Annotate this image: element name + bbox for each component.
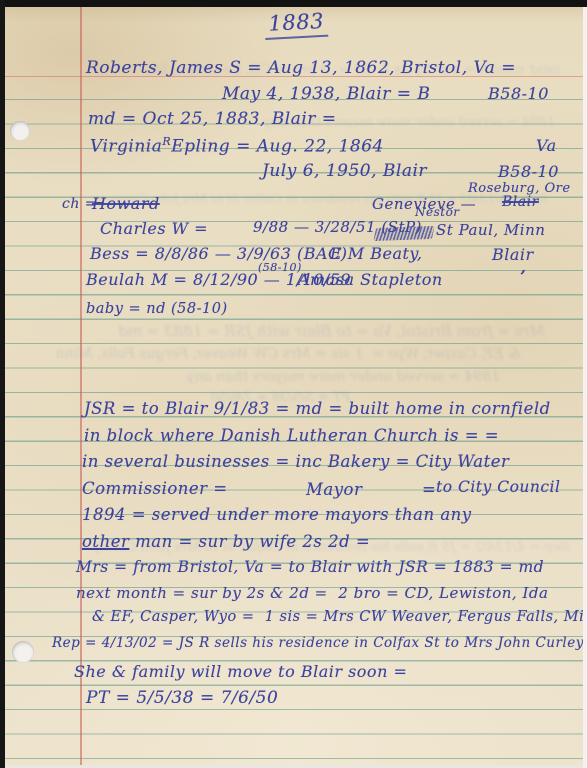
note-commissioner: Commissioner = [82, 480, 228, 498]
child-howard: Howard [92, 195, 160, 213]
note-equals: = [422, 481, 436, 499]
bess-place: Blair [492, 246, 534, 264]
bess-spouse: E M Beaty, [330, 245, 422, 263]
margin-rule-line [80, 7, 82, 765]
entry-death-ref: B58-10 [488, 85, 549, 103]
note-line: She & family will move to Blair soon = [74, 663, 407, 681]
note-line: in block where Danish Lutheran Church is… [84, 427, 499, 445]
ink-bleedthrough: 1894 = served under more mayors than any [186, 369, 500, 385]
wife-maiden-birth: Epling = Aug. 22, 1864 [171, 137, 384, 157]
note-pt-line: PT = 5/5/38 = 7/6/50 [86, 689, 278, 708]
child-charles: Charles W = [100, 220, 208, 238]
scan-edge-right [583, 7, 587, 768]
wife-line: VirginiaREpling = Aug. 22, 1864 [90, 136, 384, 156]
charles-note-above: Nestor [415, 206, 460, 219]
note-city-council: to City Council [436, 479, 560, 496]
ink-bleedthrough: & EF, Casper, Wyo = 1 sis = Mrs CW Weave… [56, 346, 520, 362]
scanned-ledger-page: next month = sur by 2s & 2d = 2 bro = CD… [0, 0, 587, 768]
note-line: in several businesses = inc Bakery = Cit… [82, 453, 509, 471]
note-line: & EF, Casper, Wyo = 1 sis = Mrs CW Weave… [92, 610, 587, 626]
ink-bleedthrough: Mrs = from Bristol, Va = to Blair with J… [118, 322, 545, 340]
note-line: 1894 = served under more mayors than any [82, 506, 472, 524]
charles-death-place: St Paul, Minn [436, 222, 545, 239]
year-heading: 1883 [264, 10, 329, 40]
scribbled-out-text [373, 226, 434, 241]
beulah-spouse: Amasa Stapleton [298, 271, 443, 289]
scan-edge-top [0, 0, 587, 7]
marriage-line: md = Oct 25, 1883, Blair = [88, 110, 337, 129]
note-line: JSR = to Blair 9/1/83 = md = built home … [84, 400, 551, 418]
wife-death-line: July 6, 1950, Blair [262, 162, 427, 181]
scan-edge-left [0, 0, 5, 768]
note-mayor: Mayor [306, 481, 362, 499]
entry-death-line: May 4, 1938, Blair = B [222, 85, 430, 104]
note-line: Mrs = from Bristol, Va = to Blair with J… [76, 559, 544, 576]
note-line: next month = sur by 2s & 2d = 2 bro = CD… [76, 585, 548, 602]
hole-punch-top [10, 121, 30, 141]
note-line-rest: man = sur by wife 2s 2d = [129, 532, 370, 551]
wife-birth-state: Va [536, 137, 557, 155]
underlined-word: other [82, 532, 129, 551]
wife-first-name: Virginia [90, 137, 162, 157]
note-line: Rep = 4/13/02 = JS R sells his residence… [52, 636, 587, 651]
inserted-initial: R [162, 135, 171, 148]
child-baby-line: baby = nd (58-10) [86, 302, 228, 318]
wife-death-ref: B58-10 [498, 163, 559, 181]
beulah-ref-above: (58-10) [258, 262, 302, 274]
entry-name-birth-line: Roberts, James S = Aug 13, 1862, Bristol… [86, 59, 516, 78]
child-bess: Bess = 8/8/86 — 3/9/63 (BAC) [90, 245, 348, 263]
note-line: other man = sur by wife 2s 2d = [82, 533, 370, 551]
struck-place-blair: Blair [502, 195, 539, 210]
ink-mark: ʼ [520, 268, 526, 286]
hole-punch-bottom [12, 641, 34, 663]
